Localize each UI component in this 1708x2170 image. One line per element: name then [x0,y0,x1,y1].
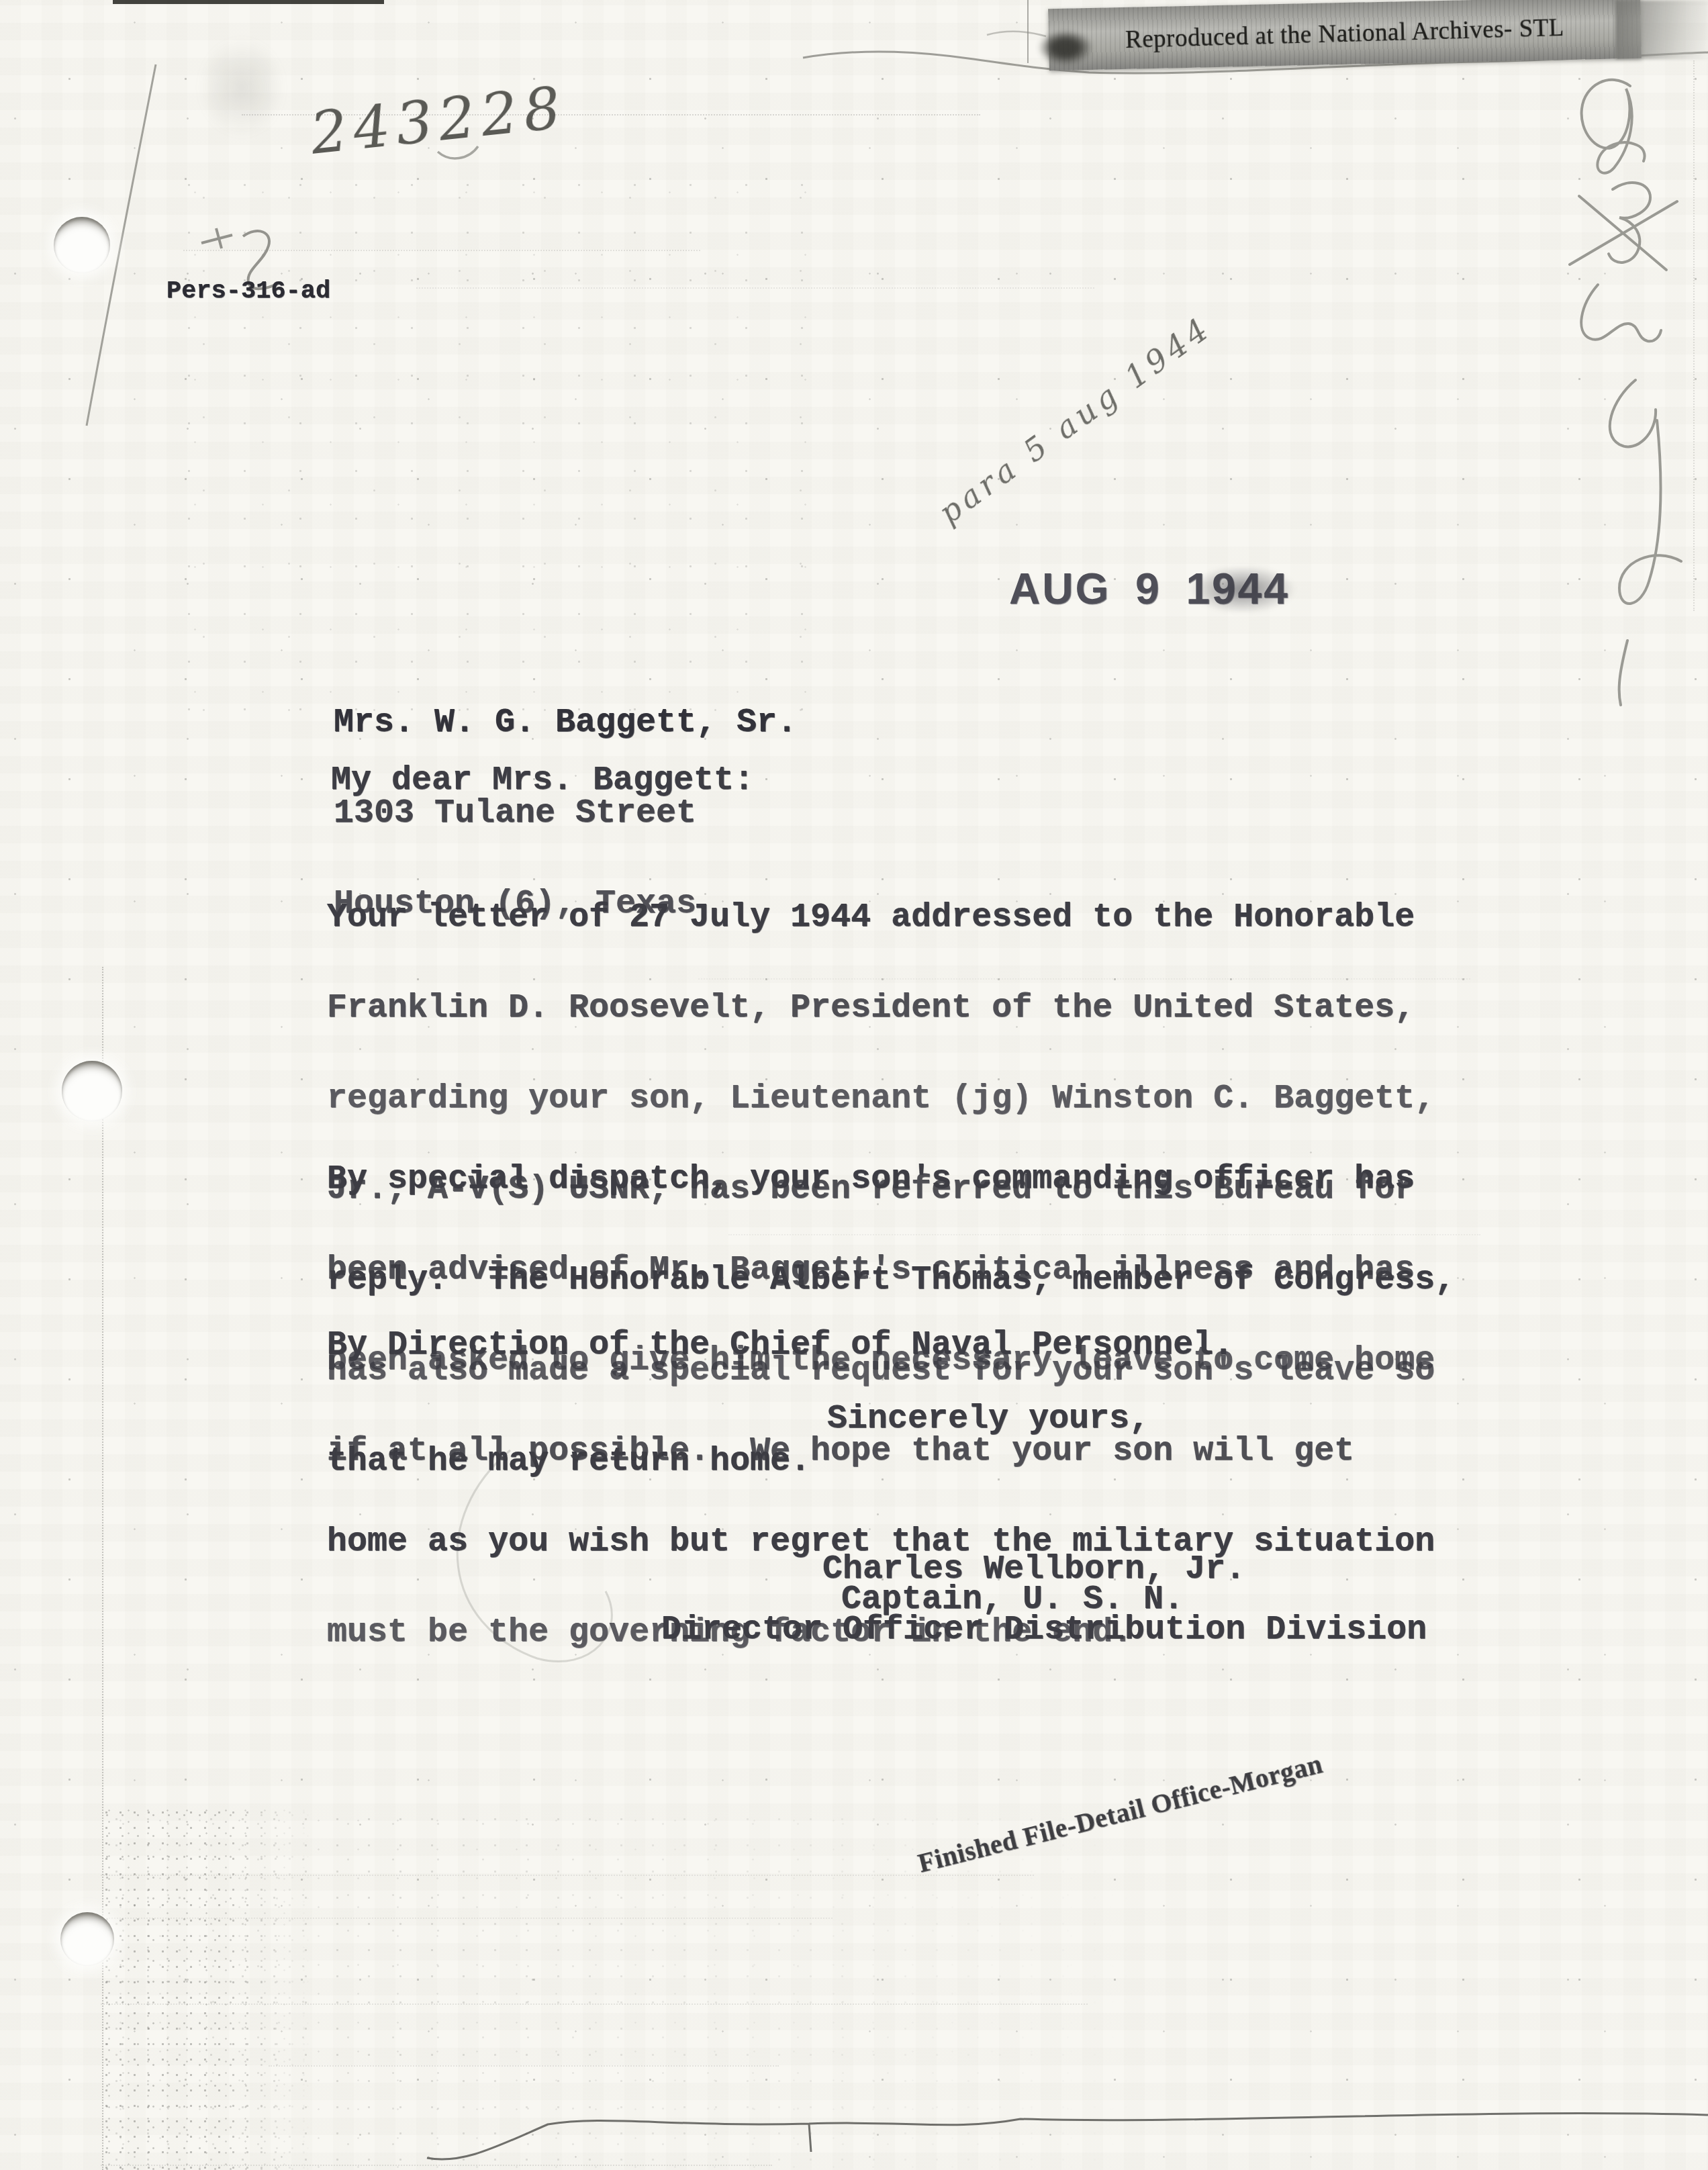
scan-streak [101,1875,1034,1876]
handwritten-case-number: 243228 [307,74,570,167]
recipient-line: 1303 Tulane Street [334,798,797,829]
letter-line: Franklin D. Roosevelt, President of the … [327,993,1455,1023]
valediction: Sincerely yours, [827,1404,1149,1434]
scan-streak [183,250,700,251]
letter-line: if at all possible. We hope that your so… [327,1436,1435,1466]
file-reference-code: Pers-316-ad [167,277,330,305]
letter-line: been advised of Mr. Baggett's critical i… [327,1255,1435,1285]
handwritten-date-note: para 5 aug 1944 [932,309,1219,531]
archives-banner-label: Reproduced at the National Archives- STL [1125,13,1565,54]
crease-line-icon [427,2114,1708,2160]
torn-edge-icon [987,32,1046,36]
scan-streak [416,287,1094,289]
scan-noise-dense-band [99,1805,314,2170]
scan-streak [101,2003,1088,2005]
salutation: My dear Mrs. Baggett: [331,765,754,796]
scan-smudge [198,37,285,138]
scan-corner-shadow [1615,0,1708,59]
finished-file-stamp: Finished File-Detail Office-Morgan [914,1748,1325,1879]
archives-banner: Reproduced at the National Archives- STL [1048,0,1642,70]
flourish-scribble-icon [1610,380,1681,705]
authority-line: By Direction of the Chief of Naval Perso… [327,1330,1233,1360]
ink-blot-icon [1039,31,1092,64]
signature-title: Director Officer Distribution Division [661,1615,1427,1645]
received-date-stamp: AUG 9 1944 [1009,563,1290,615]
loop-scribble-icon [1581,285,1661,341]
hole-punch [60,1912,114,1966]
slip-crease-line [1027,0,1029,63]
scan-streak [101,2165,772,2166]
scan-vertical-streak [1693,60,1695,611]
letter-line: By special dispatch, your son's commandi… [327,1164,1435,1194]
scan-streak [269,2065,779,2067]
scan-streak [101,1918,833,1919]
letter-line: Your letter of 27 July 1944 addressed to… [327,902,1455,933]
recipient-line: Mrs. W. G. Baggett, Sr. [334,708,797,738]
scan-vertical-streak [102,967,103,2170]
hole-punch [62,1061,122,1121]
hole-punch [54,217,110,273]
monogram-scribble-icon [1582,80,1645,173]
crossed-initials-scribble-icon [1570,183,1677,270]
scan-top-edge-mark [113,0,384,4]
scanned-letter-page: Reproduced at the National Archives- STL… [0,0,1708,2170]
